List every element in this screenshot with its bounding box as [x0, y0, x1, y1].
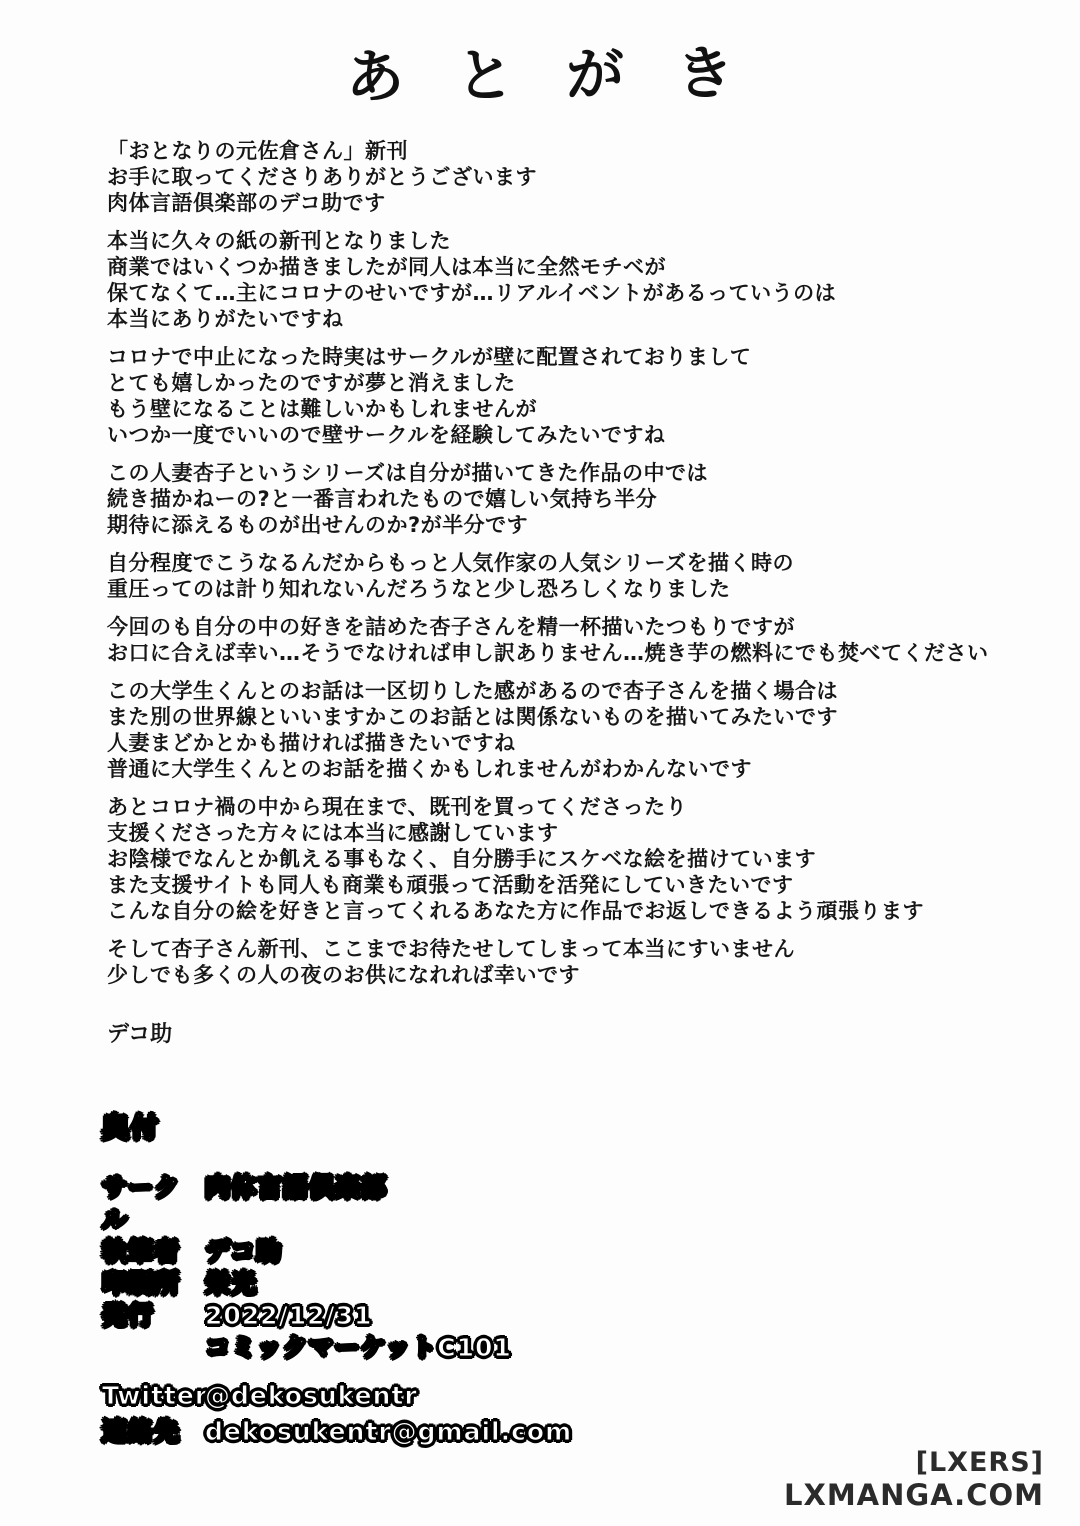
- text-line: 保てなくて…主にコロナのせいですが…リアルイベントがあるっていうのは: [107, 280, 1020, 306]
- text-line: 支援くださった方々には本当に感謝しています: [107, 820, 1020, 846]
- colophon-label: サークル: [102, 1172, 205, 1236]
- text-line: 普通に大学生くんとのお話を描くかもしれませんがわかんないです: [107, 756, 1020, 782]
- text-line: 「おとなりの元佐倉さん」新刊: [107, 138, 1020, 164]
- text-line: また支援サイトも同人も商業も頑張って活動を活発にしていきたいです: [107, 872, 1020, 898]
- colophon-value: コミックマーケットC101: [205, 1332, 512, 1364]
- text-line: 自分程度でこうなるんだからもっと人気作家の人気シリーズを描く時の: [107, 550, 1020, 576]
- contact-row-twitter: Twitter @dekosukentr: [102, 1378, 1080, 1414]
- colophon-row-printer: 印刷所 栄光: [102, 1268, 1080, 1300]
- watermark: [LXERS] LXMANGA.COM: [784, 1446, 1044, 1512]
- contact-label: Twitter: [102, 1378, 205, 1414]
- contact-block: Twitter @dekosukentr 連絡先 dekosukentr@gma…: [102, 1378, 1080, 1450]
- colophon-value: 栄光: [205, 1268, 257, 1300]
- text-line: そして杏子さん新刊、ここまでお待たせしてしまって本当にすいません: [107, 936, 1020, 962]
- text-line: 本当にありがたいですね: [107, 306, 1020, 332]
- text-line: コロナで中止になった時実はサークルが壁に配置されておりまして: [107, 344, 1020, 370]
- colophon-label: [102, 1332, 205, 1364]
- text-line: お陰様でなんとか飢える事もなく、自分勝手にスケベな絵を描けています: [107, 846, 1020, 872]
- text-line: 人妻まどかとかも描ければ描きたいですね: [107, 730, 1020, 756]
- text-line: あとコロナ禍の中から現在まで、既刊を買ってくださったり: [107, 794, 1020, 820]
- colophon-row-author: 執筆者 デコ助: [102, 1236, 1080, 1268]
- afterword-paragraph: 自分程度でこうなるんだからもっと人気作家の人気シリーズを描く時の 重圧ってのは計…: [107, 550, 1020, 602]
- afterword-paragraph: この人妻杏子というシリーズは自分が描いてきた作品の中では 続き描かねーの?と一番…: [107, 460, 1020, 538]
- colophon-value: 肉体言語倶楽部: [205, 1172, 387, 1236]
- text-line: もう壁になることは難しいかもしれませんが: [107, 396, 1020, 422]
- afterword-paragraph: 本当に久々の紙の新刊となりました 商業ではいくつか描きましたが同人は本当に全然モ…: [107, 228, 1020, 332]
- text-line: こんな自分の絵を好きと言ってくれるあなた方に作品でお返しできるよう頑張ります: [107, 898, 1020, 924]
- twitter-handle: @dekosukentr: [205, 1378, 418, 1414]
- afterword-paragraph: コロナで中止になった時実はサークルが壁に配置されておりまして とても嬉しかったの…: [107, 344, 1020, 448]
- text-line: この大学生くんとのお話は一区切りした感があるので杏子さんを描く場合は: [107, 678, 1020, 704]
- text-line: 期待に添えるものが出せんのか?が半分です: [107, 512, 1020, 538]
- text-line: 少しでも多くの人の夜のお供になれれば幸いです: [107, 962, 1020, 988]
- text-line: 重圧ってのは計り知れないんだろうなと少し恐ろしくなりました: [107, 576, 1020, 602]
- text-line: 商業ではいくつか描きましたが同人は本当に全然モチベが: [107, 254, 1020, 280]
- afterword-paragraph: あとコロナ禍の中から現在まで、既刊を買ってくださったり 支援くださった方々には本…: [107, 794, 1020, 924]
- colophon-row-publication-date: 発行 2022/12/31: [102, 1300, 1080, 1332]
- afterword-paragraph: そして杏子さん新刊、ここまでお待たせしてしまって本当にすいません 少しでも多くの…: [107, 936, 1020, 988]
- text-line: 本当に久々の紙の新刊となりました: [107, 228, 1020, 254]
- contact-label: 連絡先: [102, 1414, 205, 1450]
- text-line: 続き描かねーの?と一番言われたもので嬉しい気持ち半分: [107, 486, 1020, 512]
- text-line: この人妻杏子というシリーズは自分が描いてきた作品の中では: [107, 460, 1020, 486]
- page-title: あとがき: [0, 30, 1080, 119]
- afterword-paragraph: この大学生くんとのお話は一区切りした感があるので杏子さんを描く場合は また別の世…: [107, 678, 1020, 782]
- colophon-label: 発行: [102, 1300, 205, 1332]
- afterword-page: あとがき 「おとなりの元佐倉さん」新刊 お手に取ってくださりありがとうございます…: [0, 0, 1080, 1526]
- watermark-site-line: LXMANGA.COM: [784, 1479, 1044, 1512]
- colophon-label: 執筆者: [102, 1236, 205, 1268]
- colophon-label: 印刷所: [102, 1268, 205, 1300]
- text-line: 肉体言語倶楽部のデコ助です: [107, 190, 1020, 216]
- afterword-paragraph: 「おとなりの元佐倉さん」新刊 お手に取ってくださりありがとうございます 肉体言語…: [107, 138, 1020, 216]
- watermark-tag-line: [LXERS]: [784, 1446, 1044, 1479]
- text-line: お手に取ってくださりありがとうございます: [107, 164, 1020, 190]
- afterword-paragraph: 今回のも自分の中の好きを詰めた杏子さんを精一杯描いたつもりですが お口に合えば幸…: [107, 614, 1020, 666]
- afterword-body: 「おとなりの元佐倉さん」新刊 お手に取ってくださりありがとうございます 肉体言語…: [0, 138, 1080, 1048]
- author-signature: デコ助: [107, 1022, 1020, 1048]
- colophon-row-circle: サークル 肉体言語倶楽部: [102, 1172, 1080, 1236]
- contact-row-email: 連絡先 dekosukentr@gmail.com: [102, 1414, 1080, 1450]
- text-line: また別の世界線といいますかこのお話とは関係ないものを描いてみたいです: [107, 704, 1020, 730]
- colophon-row-publication-event: コミックマーケットC101: [102, 1332, 1080, 1364]
- text-line: お口に合えば幸い…そうでなければ申し訳ありません…焼き芋の燃料にでも焚べてくださ…: [107, 640, 1020, 666]
- email-address: dekosukentr@gmail.com: [205, 1414, 572, 1450]
- colophon-value: 2022/12/31: [205, 1300, 372, 1332]
- text-line: とても嬉しかったのですが夢と消えました: [107, 370, 1020, 396]
- colophon-heading: 奥付: [102, 1112, 1080, 1146]
- colophon-value: デコ助: [205, 1236, 282, 1268]
- colophon-section: 奥付 サークル 肉体言語倶楽部 執筆者 デコ助 印刷所 栄光 発行 2022/1…: [0, 1112, 1080, 1450]
- text-line: 今回のも自分の中の好きを詰めた杏子さんを精一杯描いたつもりですが: [107, 614, 1020, 640]
- text-line: いつか一度でいいので壁サークルを経験してみたいですね: [107, 422, 1020, 448]
